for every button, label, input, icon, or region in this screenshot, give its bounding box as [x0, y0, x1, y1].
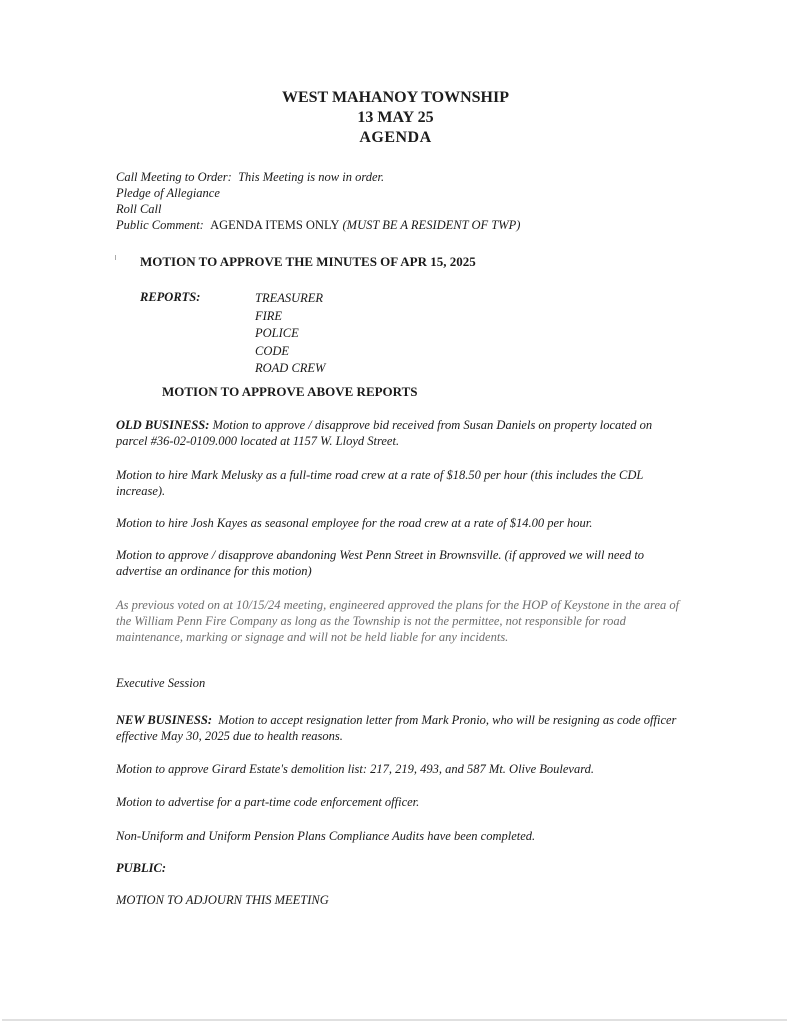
call-to-order-label: Call Meeting to Order:	[116, 170, 232, 184]
agenda-heading: AGENDA	[0, 128, 791, 148]
old-business-item-hop: As previous voted on at 10/15/24 meeting…	[116, 597, 682, 645]
report-item: TREASURER	[255, 290, 325, 308]
public-comment-text: AGENDA ITEMS ONLY	[210, 218, 339, 232]
report-item: CODE	[255, 343, 325, 361]
township-name: WEST MAHANOY TOWNSHIP	[0, 88, 791, 108]
pledge-of-allegiance: Pledge of Allegiance	[116, 186, 220, 201]
old-business-item: Motion to hire Mark Melusky as a full-ti…	[116, 468, 682, 499]
old-business-item: Motion to approve / disapprove abandonin…	[116, 548, 682, 579]
public-comment-label: Public Comment:	[116, 218, 204, 232]
public-comment-note: (MUST BE A RESIDENT OF TWP)	[343, 218, 521, 232]
approve-reports-motion: MOTION TO APPROVE ABOVE REPORTS	[162, 384, 418, 400]
meeting-date: 13 MAY 25	[0, 108, 791, 128]
new-business-item: NEW BUSINESS: Motion to accept resignati…	[116, 713, 682, 744]
call-to-order-text: This Meeting is now in order.	[238, 170, 384, 184]
executive-session: Executive Session	[116, 676, 682, 692]
new-business-item: Motion to advertise for a part-time code…	[116, 795, 682, 811]
report-item: FIRE	[255, 308, 325, 326]
new-business-label: NEW BUSINESS:	[116, 713, 212, 727]
call-to-order: Call Meeting to Order: This Meeting is n…	[116, 170, 384, 185]
old-business-item: Motion to hire Josh Kayes as seasonal em…	[116, 516, 682, 532]
page-edge	[2, 1019, 787, 1021]
reports-list: TREASURER FIRE POLICE CODE ROAD CREW	[255, 290, 325, 378]
new-business-item: Motion to approve Girard Estate's demoli…	[116, 762, 682, 778]
adjourn-motion: MOTION TO ADJOURN THIS MEETING	[116, 893, 682, 909]
new-business-item: Non-Uniform and Uniform Pension Plans Co…	[116, 829, 682, 845]
roll-call: Roll Call	[116, 202, 162, 217]
document-title: WEST MAHANOY TOWNSHIP 13 MAY 25 AGENDA	[0, 88, 791, 148]
report-item: ROAD CREW	[255, 360, 325, 378]
minutes-motion: MOTION TO APPROVE THE MINUTES OF APR 15,…	[140, 254, 476, 270]
agenda-page: WEST MAHANOY TOWNSHIP 13 MAY 25 AGENDA C…	[0, 0, 791, 1024]
reports-label: REPORTS:	[140, 290, 200, 305]
old-business-item: OLD BUSINESS: Motion to approve / disapp…	[116, 418, 682, 449]
public-comment: Public Comment: AGENDA ITEMS ONLY (MUST …	[116, 218, 520, 233]
scan-mark	[115, 255, 116, 260]
public-label: PUBLIC:	[116, 861, 682, 877]
report-item: POLICE	[255, 325, 325, 343]
old-business-label: OLD BUSINESS:	[116, 418, 209, 432]
